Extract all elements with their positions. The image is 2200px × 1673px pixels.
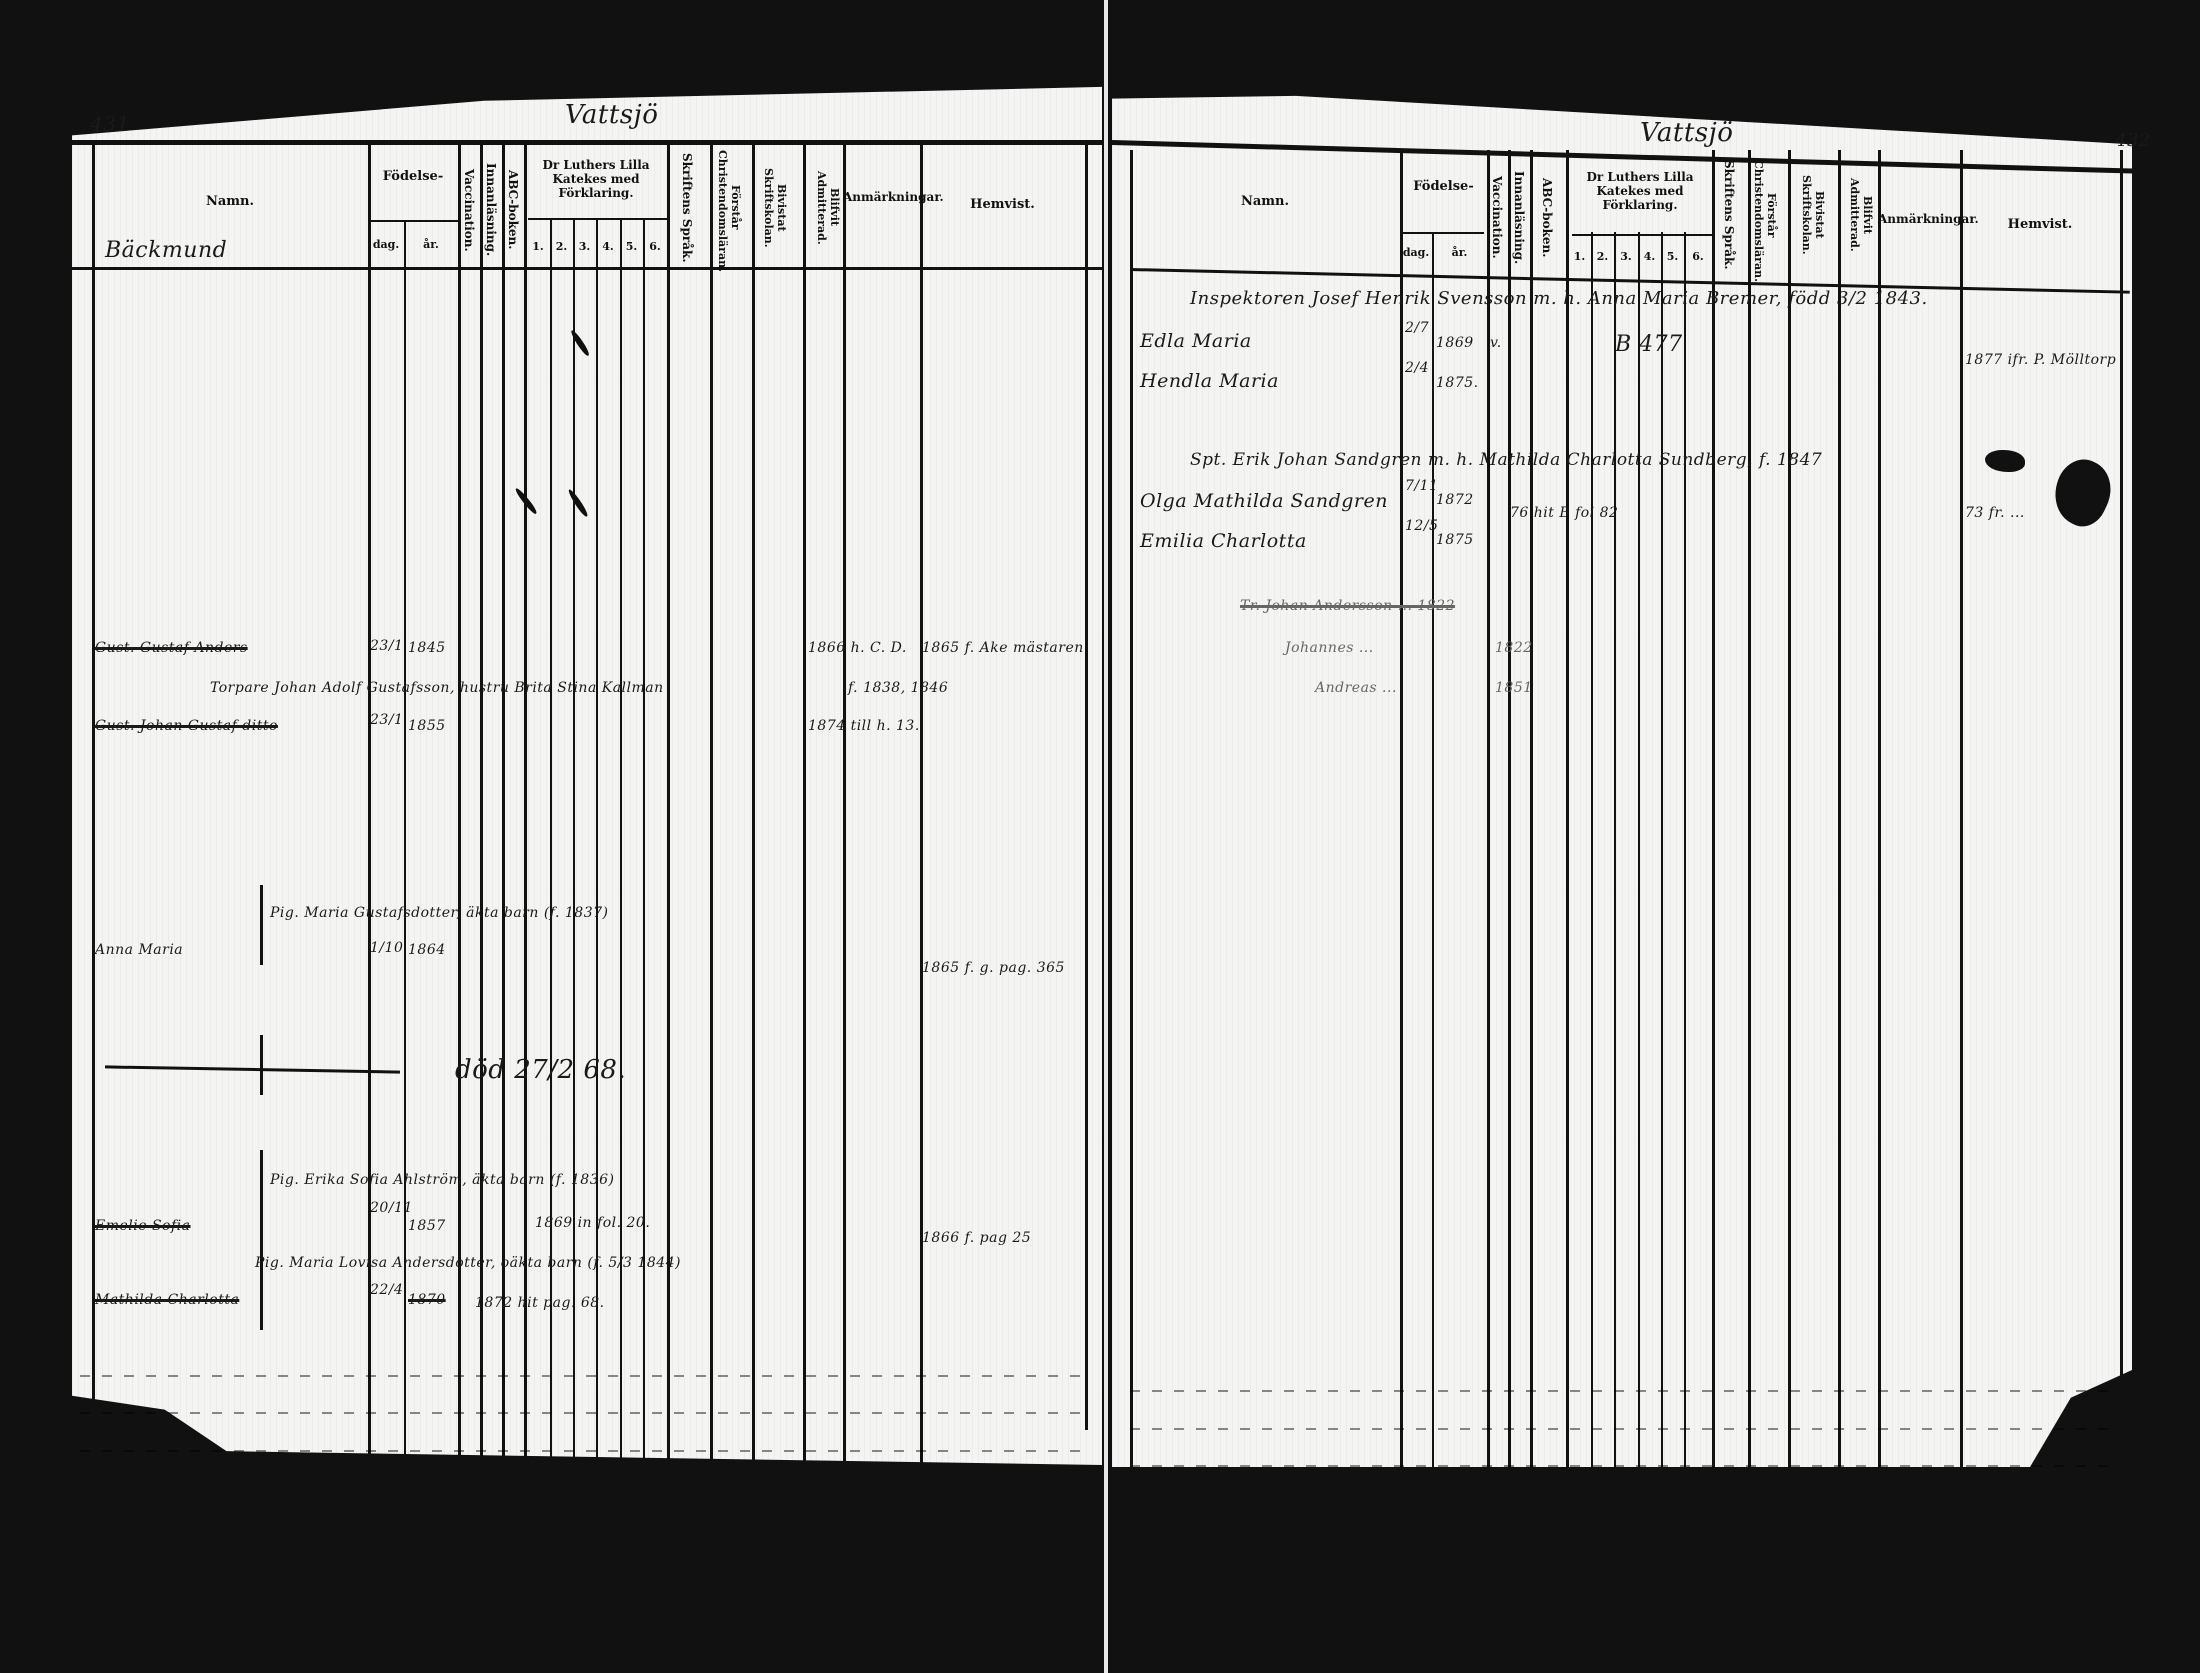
left-entry-remark: f. 1838, 1846 bbox=[848, 680, 948, 696]
left-fodelse-sub-rule bbox=[370, 220, 460, 222]
book-gutter bbox=[1104, 0, 1108, 1673]
left-entry-hemvist: 1866 f. pag 25 bbox=[922, 1230, 1031, 1246]
faint-ruling bbox=[80, 1450, 1080, 1452]
right-luther-sub-rule bbox=[1572, 234, 1712, 236]
right-entry-hemvist: 73 fr. ... bbox=[1965, 505, 2025, 521]
right-col-anmarkningar: Anmärkningar. bbox=[1878, 212, 1960, 226]
right-entry-name: Olga Mathilda Sandgren bbox=[1140, 490, 1388, 512]
right-col-dag: dag. bbox=[1400, 246, 1432, 260]
left-col-forstar: Förstår Christendomsläran. bbox=[716, 150, 742, 265]
left-col-fodelse: Födelse- bbox=[368, 170, 458, 184]
left-page-location: Vattsjö bbox=[565, 100, 658, 130]
right-entry-birth-year: 1869 bbox=[1436, 335, 1474, 351]
left-entry-name: Torpare Johan Adolf Gustafsson, hustru B… bbox=[210, 680, 664, 696]
faint-ruling bbox=[1130, 1428, 2120, 1430]
left-entry-name: Gust. Gustaf Anders bbox=[95, 640, 248, 656]
left-col-dag: dag. bbox=[368, 238, 404, 252]
left-col-admitterad: Blifvit Admitterad. bbox=[815, 150, 841, 265]
right-entry-hemvist: 1877 ifr. P. Mölltorp bbox=[1965, 352, 2116, 368]
right-page-number: 432 bbox=[2115, 130, 2151, 151]
right-col-namn: Namn. bbox=[1130, 195, 1400, 209]
right-page-location: Vattsjö bbox=[1640, 118, 1733, 148]
right-col-abc-boken: ABC-boken. bbox=[1540, 170, 1553, 265]
left-col-vaccination: Vaccination. bbox=[462, 160, 475, 260]
right-col-skriftens-sprak: Skriftens Språk. bbox=[1722, 160, 1735, 270]
bracket-mark bbox=[260, 1035, 263, 1095]
right-entry-birth-year: 1875 bbox=[1436, 532, 1474, 548]
right-entry-birth-year: 1822 bbox=[1495, 640, 1533, 656]
left-entry-birth-day: 23/1 bbox=[370, 712, 403, 728]
left-entry-name: Emelie Sofia bbox=[95, 1218, 191, 1234]
left-entry-birth-day: 23/1 bbox=[370, 638, 403, 654]
left-col-innanlasning: Innanläsning. bbox=[484, 160, 497, 260]
left-entry-birth-year: 1864 bbox=[408, 942, 446, 958]
left-entry-name: Pig. Maria Gustafsdotter, äkta barn (f. … bbox=[270, 905, 608, 921]
left-entry-name: Pig. Maria Lovisa Andersdotter, oäkta ba… bbox=[255, 1255, 681, 1271]
right-col-ar: år. bbox=[1432, 246, 1487, 260]
right-entry-birth-day: 2/4 bbox=[1405, 360, 1429, 376]
right-entry-birth-day: 12/5 bbox=[1405, 518, 1438, 534]
right-entry-name: Emilia Charlotta bbox=[1140, 530, 1307, 552]
left-col-ar: år. bbox=[404, 238, 458, 252]
faint-ruling bbox=[80, 1412, 1080, 1414]
right-entry-name: Johannes ... bbox=[1285, 640, 1374, 656]
left-col-skriftens-sprak: Skriftens Språk. bbox=[680, 150, 693, 265]
left-entry-birth-year: 1870 bbox=[408, 1292, 446, 1308]
right-entry-remark: B 477 bbox=[1615, 332, 1683, 357]
right-fodelse-sub-rule bbox=[1402, 232, 1484, 234]
right-entry-name: Edla Maria bbox=[1140, 330, 1252, 352]
left-entry-birth-year: 1857 bbox=[408, 1218, 446, 1234]
right-col-hemvist: Hemvist. bbox=[1960, 218, 2120, 232]
bracket-mark bbox=[260, 1150, 263, 1330]
right-entry-remark: 76 hit B fol 82 bbox=[1510, 505, 1618, 521]
faint-ruling bbox=[80, 1375, 1080, 1377]
left-entry-name: Anna Maria bbox=[95, 942, 183, 958]
left-entry-birth-day: 1/10 bbox=[370, 940, 403, 956]
right-entry-name: Inspektoren Josef Henrik Svensson m. h. … bbox=[1190, 288, 1928, 309]
right-entry-birth-year: 1872 bbox=[1436, 492, 1474, 508]
left-col-bivistat: Bivistat Skriftskolan. bbox=[762, 150, 788, 265]
left-section-label: Bäckmund bbox=[105, 238, 227, 263]
right-col-fodelse: Födelse- bbox=[1400, 180, 1487, 194]
right-col-forstar: Förstår Christendomsläran. bbox=[1752, 160, 1778, 270]
right-entry-birth-day: 2/7 bbox=[1405, 320, 1429, 336]
left-entry-note: 1866 h. C. D. bbox=[808, 640, 907, 656]
left-entry-name: Mathilda Charlotta bbox=[95, 1292, 239, 1308]
right-entry-birth-day: 7/11 bbox=[1405, 478, 1438, 494]
left-col-hemvist: Hemvist. bbox=[920, 198, 1085, 212]
left-page-number: 431 bbox=[90, 112, 130, 136]
left-entry-remark: död 27/2 68. bbox=[455, 1055, 626, 1085]
left-entry-birth-day: 22/4 bbox=[370, 1282, 403, 1298]
left-entry-name: Gust. Johan Gustaf ditto bbox=[95, 718, 278, 734]
left-entry-birth-day: 20/11 bbox=[370, 1200, 413, 1216]
right-entry-birth-year: 1851 bbox=[1495, 680, 1533, 696]
right-col-luther: Dr Luthers Lilla Katekes med Förklaring. bbox=[1568, 170, 1712, 212]
left-entry-note: 1874 till h. 13. bbox=[808, 718, 920, 734]
left-entry-hemvist: 1865 f. Ake mästaren bbox=[922, 640, 1084, 656]
faint-ruling bbox=[1130, 1390, 2120, 1392]
right-entry-vaccination: v. bbox=[1490, 335, 1502, 351]
left-entry-birth-year: 1845 bbox=[408, 640, 446, 656]
left-col-namn: Namn. bbox=[92, 195, 368, 209]
left-entry-remark: 1872 hit pag. 68. bbox=[475, 1295, 605, 1311]
left-col-abc-boken: ABC-boken. bbox=[506, 160, 519, 260]
left-entry-hemvist: 1865 f. g. pag. 365 bbox=[922, 960, 1065, 976]
faint-ruling bbox=[1130, 1465, 2120, 1467]
left-entry-remark: 1869 in fol. 20. bbox=[535, 1215, 650, 1231]
bracket-mark bbox=[260, 885, 263, 965]
left-entry-birth-year: 1855 bbox=[408, 718, 446, 734]
right-col-bivistat: Bivistat Skriftskolan. bbox=[1800, 160, 1826, 270]
right-col-innanlasning: Innanläsning. bbox=[1512, 170, 1525, 265]
right-entry-name: Tr. Johan Andersson ... 1822 bbox=[1240, 598, 1455, 614]
left-col-anmarkningar: Anmärkningar. bbox=[843, 190, 920, 204]
right-col-admitterad: Blifvit Admitterad. bbox=[1848, 160, 1874, 270]
right-col-vaccination: Vaccination. bbox=[1490, 170, 1503, 265]
left-header-top-rule bbox=[72, 140, 1102, 145]
right-entry-name: Andreas ... bbox=[1315, 680, 1397, 696]
left-header-bottom-rule bbox=[72, 267, 1102, 270]
left-entry-name: Pig. Erika Sofia Ahlström, äkta barn (f.… bbox=[270, 1172, 614, 1188]
right-entry-name: Spt. Erik Johan Sandgren m. h. Mathilda … bbox=[1190, 450, 1822, 470]
right-entry-birth-year: 1875. bbox=[1436, 375, 1479, 391]
left-col-luther: Dr Luthers Lilla Katekes med Förklaring. bbox=[526, 158, 666, 200]
left-luther-sub-rule bbox=[528, 218, 668, 220]
right-entry-name: Hendla Maria bbox=[1140, 370, 1279, 392]
